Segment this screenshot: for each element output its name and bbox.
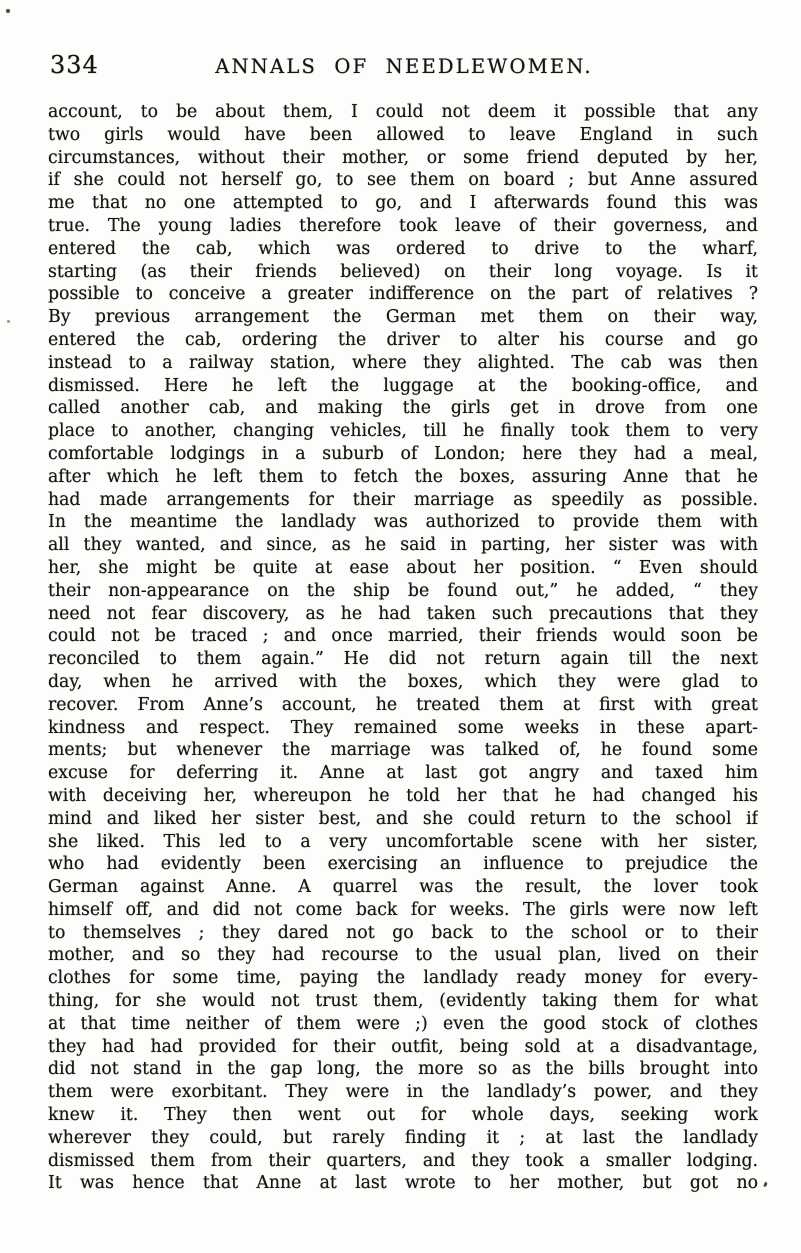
text-line: account, to be about them, I could not d… — [48, 101, 758, 124]
text-line: had made arrangements for their marriage… — [48, 489, 758, 512]
text-line: wherever they could, but rarely finding … — [48, 1127, 758, 1150]
text-line: all they wanted, and since, as he said i… — [48, 534, 758, 557]
text-line: day, when he arrived with the boxes, whi… — [48, 671, 758, 694]
text-line: reconciled to them again.” He did not re… — [48, 648, 758, 671]
text-line: need not fear discovery, as he had taken… — [48, 603, 758, 626]
text-line: two girls would have been allowed to lea… — [48, 124, 758, 147]
text-line: circumstances, without their mother, or … — [48, 147, 758, 170]
text-line: could not be traced ; and once married, … — [48, 625, 758, 648]
text-line: called another cab, and making the girls… — [48, 397, 758, 420]
text-line: kindness and respect. They remained some… — [48, 717, 758, 740]
text-line: her, she might be quite at ease about he… — [48, 557, 758, 580]
book-page: 334 ANNALS OF NEEDLEWOMEN. account, to b… — [0, 0, 801, 1253]
text-line: to themselves ; they dared not go back t… — [48, 922, 758, 945]
text-line: at that time neither of them were ;) eve… — [48, 1013, 758, 1036]
page-header: 334 ANNALS OF NEEDLEWOMEN. — [48, 51, 760, 85]
text-line: with deceiving her, whereupon he told he… — [48, 785, 758, 808]
scan-artifact-left-margin — [7, 320, 10, 323]
scan-artifact-top-left — [6, 9, 10, 13]
text-line: In the meantime the landlady was authori… — [48, 511, 758, 534]
text-line: starting (as their friends believed) on … — [48, 261, 758, 284]
text-line: By previous arrangement the German met t… — [48, 306, 758, 329]
text-line: clothes for some time, paying the landla… — [48, 967, 758, 990]
scan-artifact-after-last-word — [763, 1182, 768, 1188]
page-number: 334 — [50, 51, 99, 79]
text-line: place to another, changing vehicles, til… — [48, 420, 758, 443]
page-body: account, to be about them, I could not d… — [48, 101, 758, 1195]
text-line: did not stand in the gap long, the more … — [48, 1058, 758, 1081]
text-line: mind and liked her sister best, and she … — [48, 808, 758, 831]
text-line: true. The young ladies therefore took le… — [48, 215, 758, 238]
running-title: ANNALS OF NEEDLEWOMEN. — [48, 51, 760, 81]
text-line: knew it. They then went out for whole da… — [48, 1104, 758, 1127]
text-line: comfortable lodgings in a suburb of Lond… — [48, 443, 758, 466]
text-line: dismissed. Here he left the luggage at t… — [48, 375, 758, 398]
text-line: ments; but whenever the marriage was tal… — [48, 739, 758, 762]
text-line: German against Anne. A quarrel was the r… — [48, 876, 758, 899]
text-line: me that no one attempted to go, and I af… — [48, 192, 758, 215]
text-line: excuse for deferring it. Anne at last go… — [48, 762, 758, 785]
text-line: entered the cab, ordering the driver to … — [48, 329, 758, 352]
text-line: they had had provided for their outfit, … — [48, 1036, 758, 1059]
text-line: possible to conceive a greater indiffere… — [48, 283, 758, 306]
text-line: entered the cab, which was ordered to dr… — [48, 238, 758, 261]
text-line: thing, for she would not trust them, (ev… — [48, 990, 758, 1013]
text-line: It was hence that Anne at last wrote to … — [48, 1172, 758, 1195]
text-line: mother, and so they had recourse to the … — [48, 944, 758, 967]
text-line: if she could not herself go, to see them… — [48, 169, 758, 192]
text-line: them were exorbitant. They were in the l… — [48, 1081, 758, 1104]
text-line: dismissed them from their quarters, and … — [48, 1150, 758, 1173]
text-line: who had evidently been exercising an inf… — [48, 853, 758, 876]
text-line: their non-appearance on the ship be foun… — [48, 580, 758, 603]
text-line: instead to a railway station, where they… — [48, 352, 758, 375]
text-line: she liked. This led to a very uncomforta… — [48, 831, 758, 854]
text-line: recover. From Anne’s account, he treated… — [48, 694, 758, 717]
text-line: after which he left them to fetch the bo… — [48, 466, 758, 489]
scan-artifact-after-title — [572, 62, 574, 64]
text-line: himself off, and did not come back for w… — [48, 899, 758, 922]
